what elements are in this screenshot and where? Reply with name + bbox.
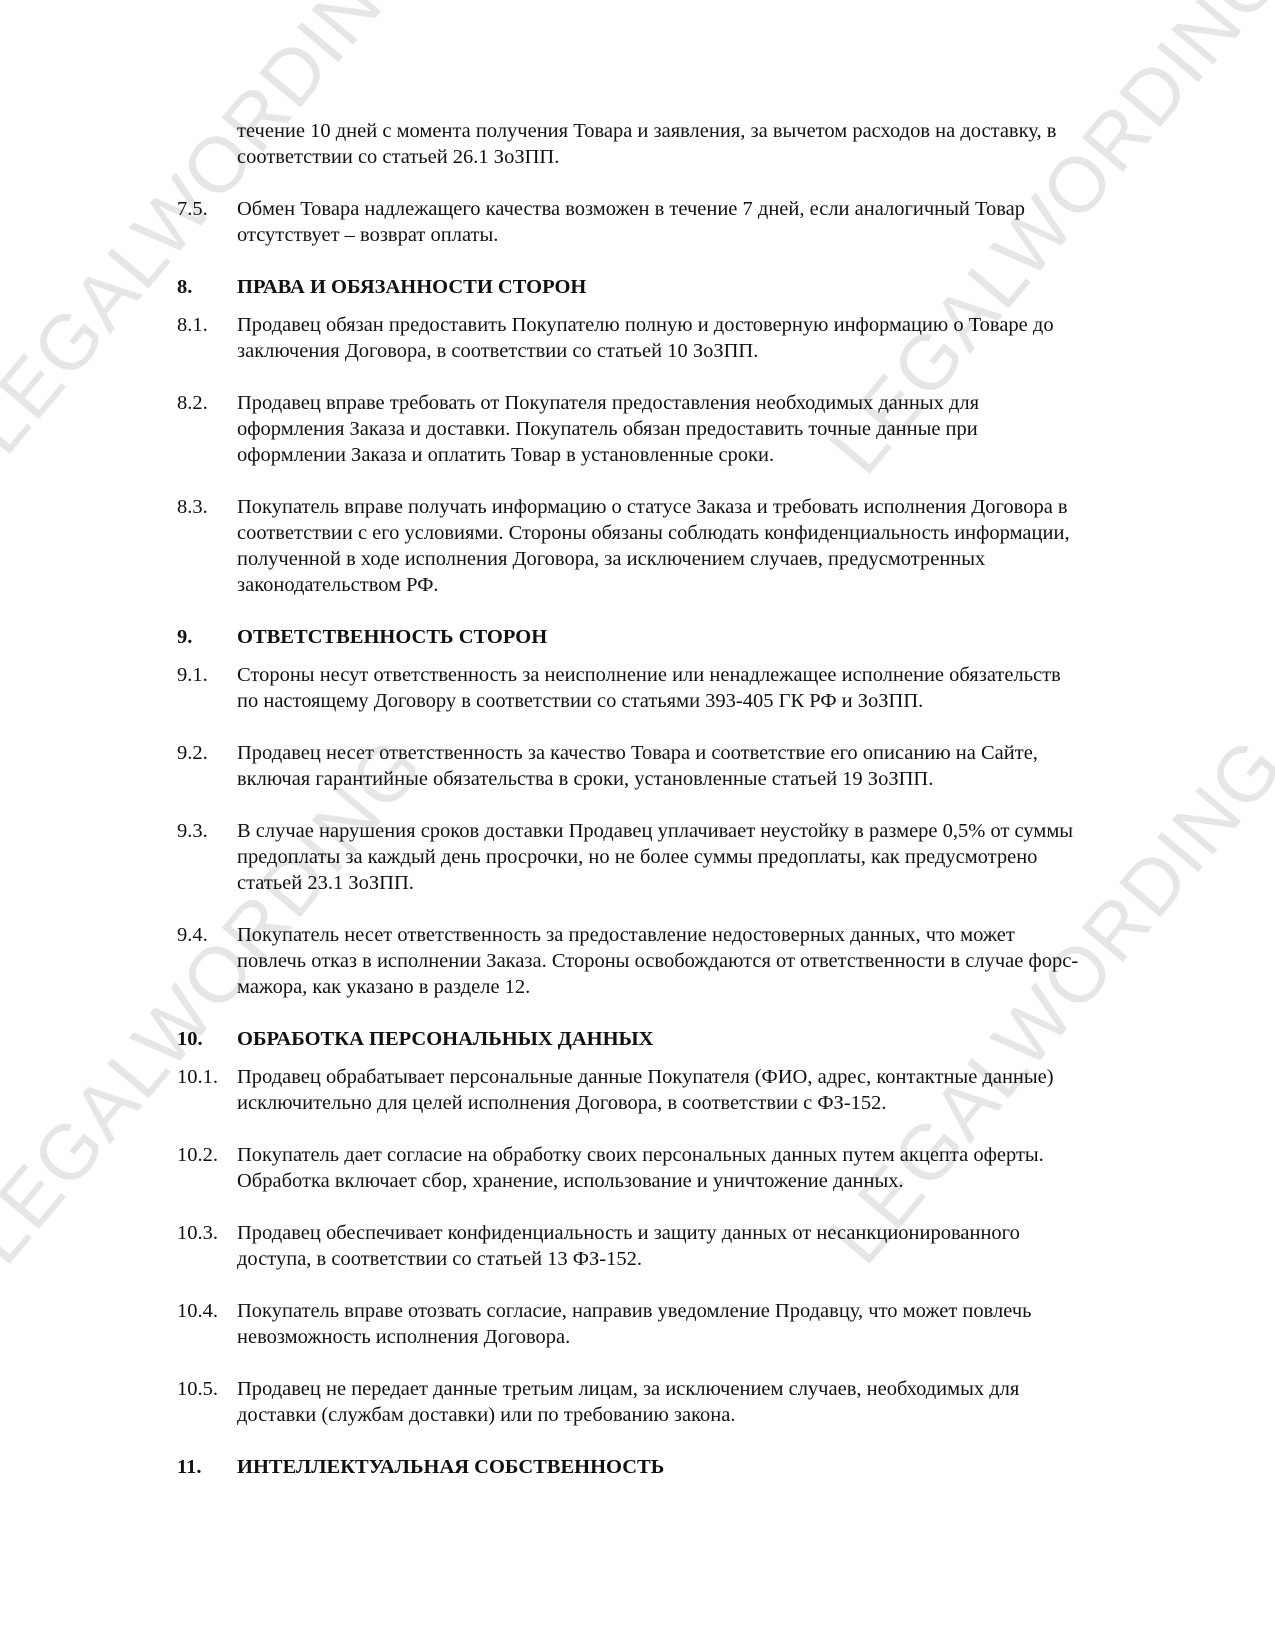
clause-text: доставки (службам доставки) или по требо… <box>237 1402 735 1428</box>
clause-number: 10.2. <box>177 1142 218 1168</box>
clause-text: Покупатель вправе отозвать согласие, нап… <box>237 1298 1032 1324</box>
clause-number: 8.2. <box>177 390 208 416</box>
clause-text: невозможность исполнения Договора. <box>237 1324 570 1350</box>
clause-number: 7.5. <box>177 196 208 222</box>
watermark: LEGALWORDING <box>810 721 1275 1281</box>
section-number: 11. <box>177 1454 202 1480</box>
clause-text: исключительно для целей исполнения Догов… <box>237 1090 887 1116</box>
watermark: LEGALWORDING <box>0 721 441 1281</box>
clause-text: Продавец не передает данные третьим лица… <box>237 1376 1019 1402</box>
clause-number: 9.3. <box>177 818 208 844</box>
section-number: 9. <box>177 624 192 650</box>
clause-number: 10.5. <box>177 1376 218 1402</box>
clause-text: Покупатель несет ответственность за пред… <box>237 922 1015 948</box>
clause-text: Продавец обеспечивает конфиденциальность… <box>237 1220 1020 1246</box>
clause-text: Покупатель вправе получать информацию о … <box>237 494 1068 520</box>
clause-text: мажора, как указано в разделе 12. <box>237 974 530 1000</box>
clause-text: Продавец обрабатывает персональные данны… <box>237 1064 1054 1090</box>
clause-number: 9.2. <box>177 740 208 766</box>
clause-text: Обработка включает сбор, хранение, испол… <box>237 1168 904 1194</box>
clause-text: по настоящему Договору в соответствии со… <box>237 688 923 714</box>
clause-text: Продавец вправе требовать от Покупателя … <box>237 390 979 416</box>
clause-text: соответствии с его условиями. Стороны об… <box>237 520 1070 546</box>
clause-text: Обмен Товара надлежащего качества возмож… <box>237 196 1025 222</box>
clause-number: 8.3. <box>177 494 208 520</box>
document-page: LEGALWORDING LEGALWORDING LEGALWORDING L… <box>0 0 1275 1651</box>
clause-text: отсутствует – возврат оплаты. <box>237 222 498 248</box>
section-heading: ОБРАБОТКА ПЕРСОНАЛЬНЫХ ДАННЫХ <box>237 1026 654 1052</box>
clause-text: оформлении Заказа и оплатить Товар в уст… <box>237 442 774 468</box>
clause-text: оформления Заказа и доставки. Покупатель… <box>237 416 978 442</box>
clause-text: доступа, в соответствии со статьей 13 ФЗ… <box>237 1246 642 1272</box>
paragraph-line: соответствии со статьей 26.1 ЗоЗПП. <box>237 144 559 170</box>
clause-text: предоплаты за каждый день просрочки, но … <box>237 844 1037 870</box>
clause-text: В случае нарушения сроков доставки Прода… <box>237 818 1073 844</box>
clause-text: включая гарантийные обязательства в срок… <box>237 766 933 792</box>
clause-number: 9.4. <box>177 922 208 948</box>
clause-text: повлечь отказ в исполнении Заказа. Сторо… <box>237 948 1078 974</box>
section-number: 8. <box>177 274 192 300</box>
clause-text: статьей 23.1 ЗоЗПП. <box>237 870 414 896</box>
clause-text: законодательством РФ. <box>237 572 439 598</box>
clause-number: 10.4. <box>177 1298 218 1324</box>
clause-text: Продавец обязан предоставить Покупателю … <box>237 312 1054 338</box>
clause-number: 8.1. <box>177 312 208 338</box>
clause-text: полученной в ходе исполнения Договора, з… <box>237 546 985 572</box>
section-number: 10. <box>177 1026 203 1052</box>
clause-text: заключения Договора, в соответствии со с… <box>237 338 758 364</box>
section-heading: ИНТЕЛЛЕКТУАЛЬНАЯ СОБСТВЕННОСТЬ <box>237 1454 664 1480</box>
clause-text: Стороны несут ответственность за неиспол… <box>237 662 1061 688</box>
clause-number: 10.3. <box>177 1220 218 1246</box>
clause-text: Покупатель дает согласие на обработку св… <box>237 1142 1044 1168</box>
clause-number: 10.1. <box>177 1064 218 1090</box>
section-heading: ПРАВА И ОБЯЗАННОСТИ СТОРОН <box>237 274 586 300</box>
section-heading: ОТВЕТСТВЕННОСТЬ СТОРОН <box>237 624 547 650</box>
clause-text: Продавец несет ответственность за качест… <box>237 740 1038 766</box>
clause-number: 9.1. <box>177 662 208 688</box>
paragraph-line: течение 10 дней с момента получения Това… <box>237 118 1056 144</box>
